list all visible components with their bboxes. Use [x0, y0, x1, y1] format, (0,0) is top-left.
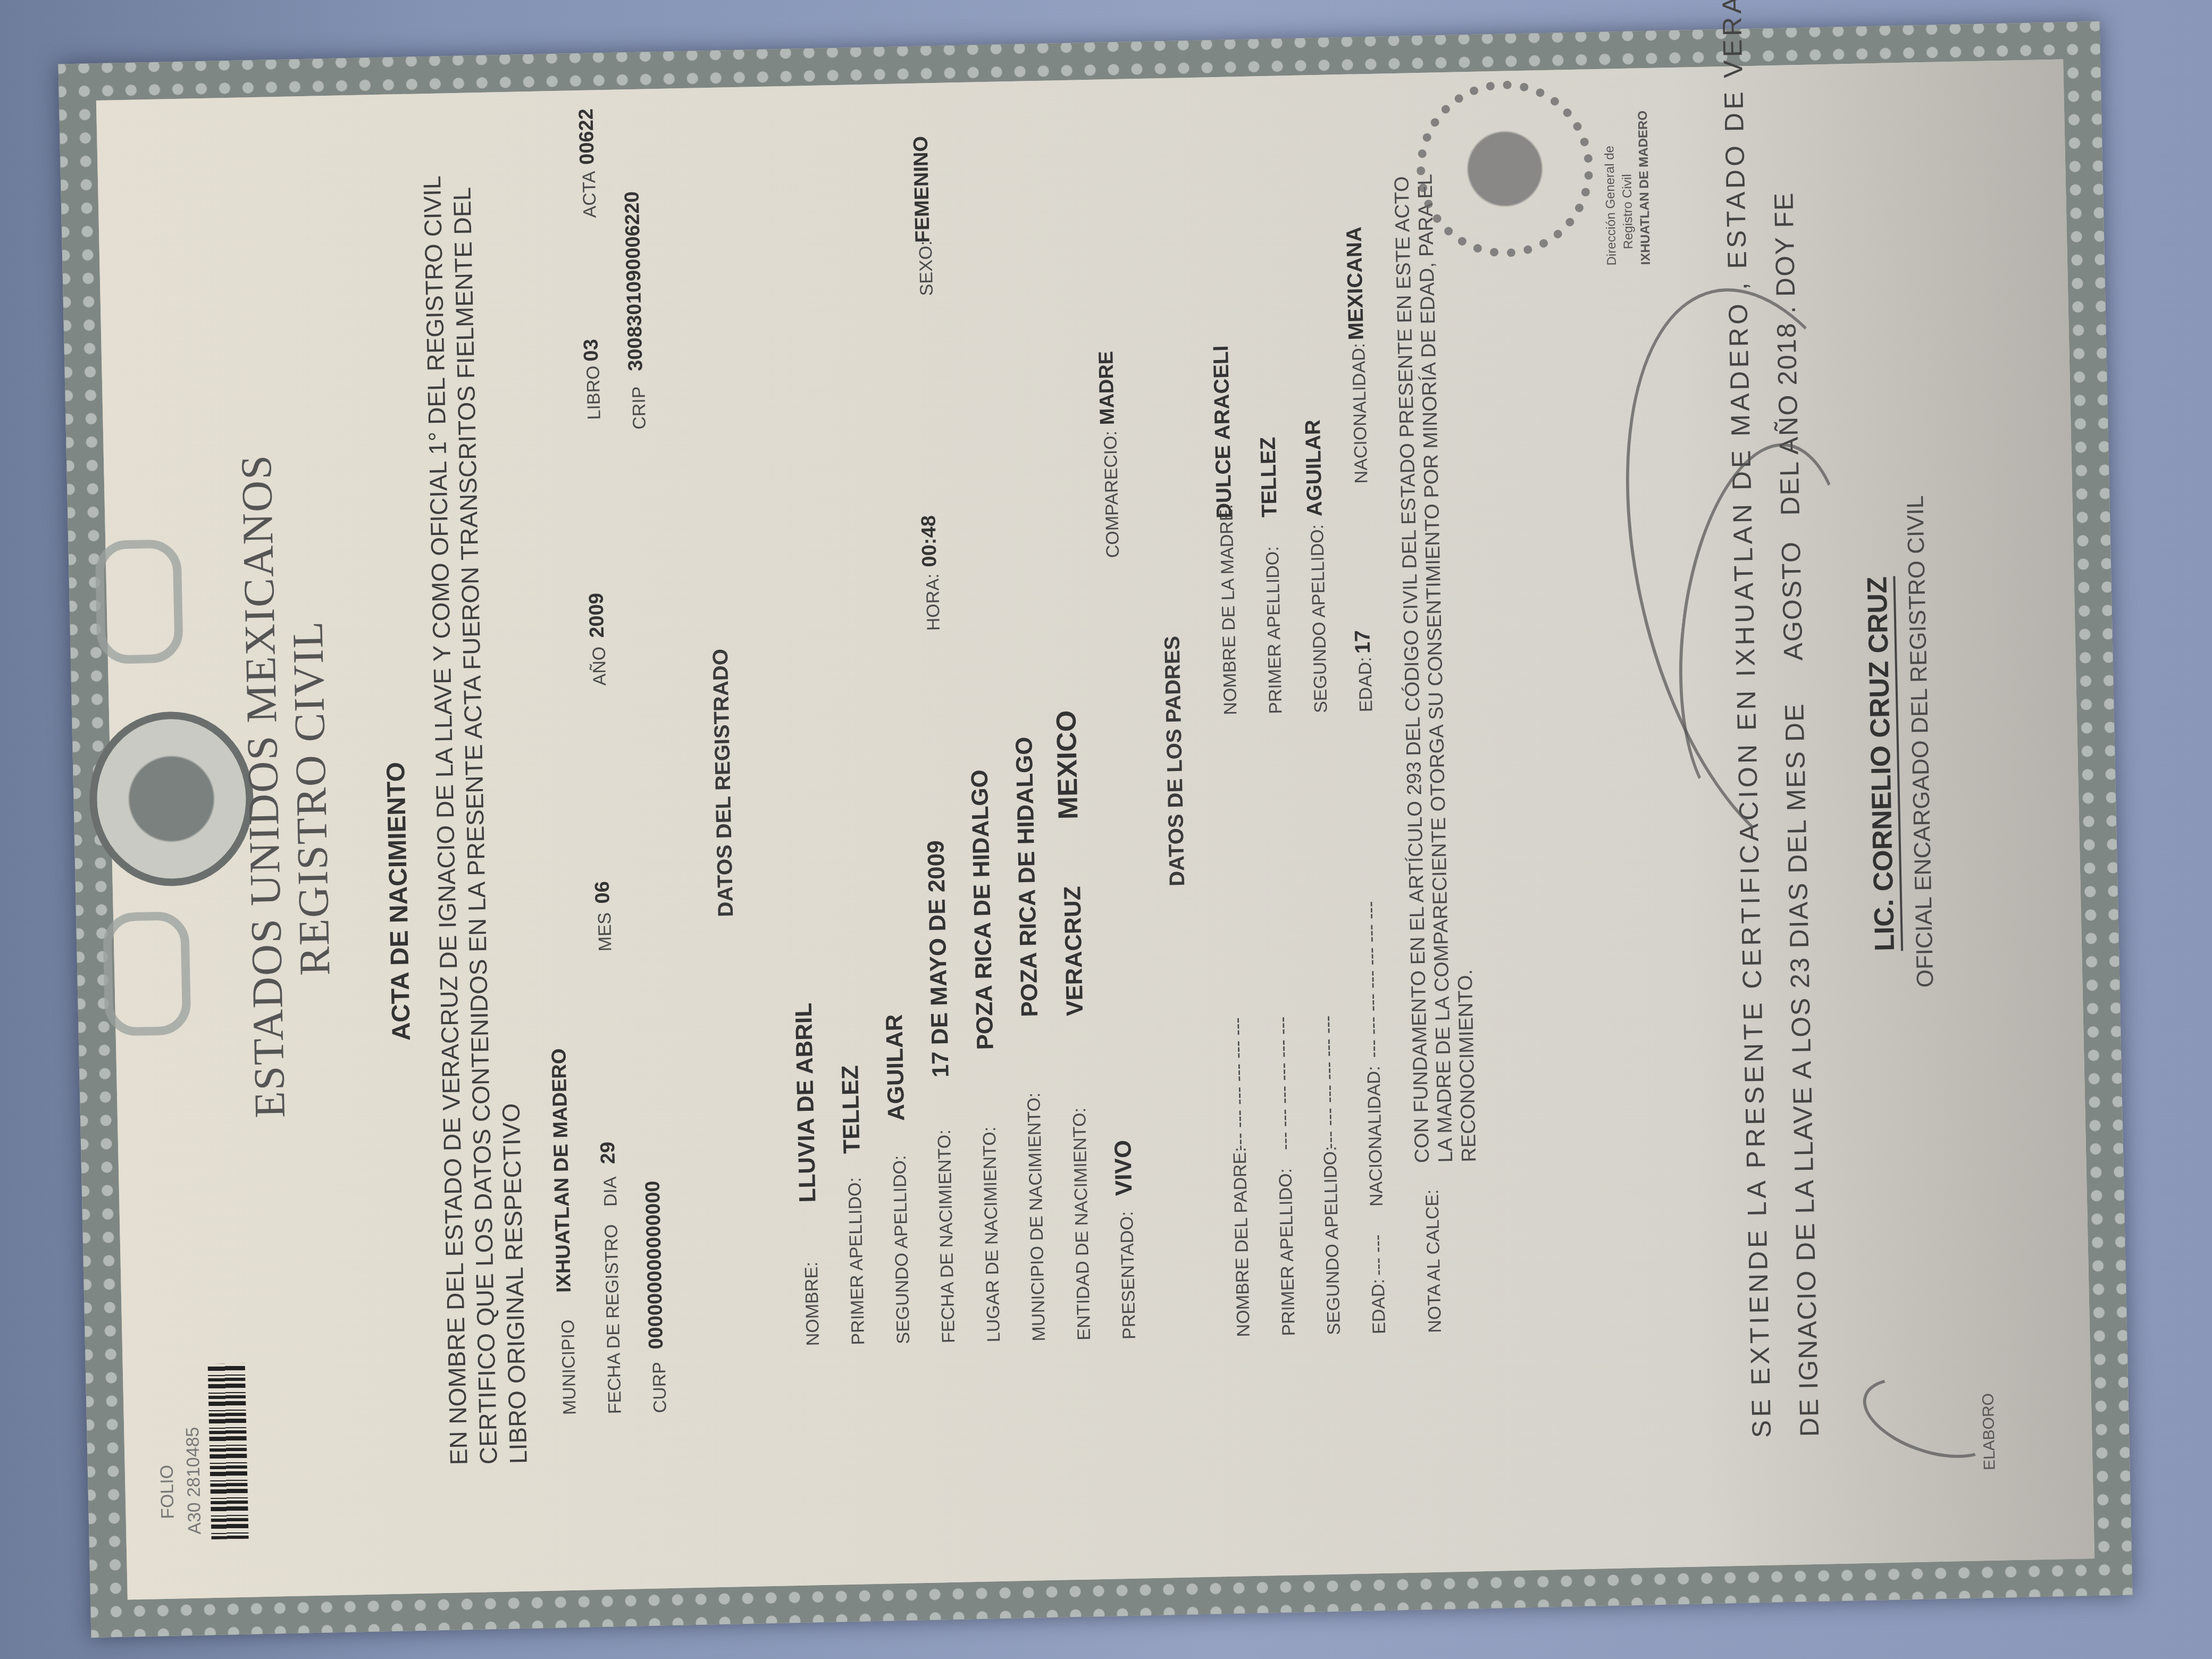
- cert-text-6: . DOY FE: [1769, 191, 1801, 314]
- fecha-registro-label: FECHA DE REGISTRO: [601, 1224, 625, 1414]
- sexo-label: SEXO:: [916, 240, 937, 296]
- curp-label: CURP: [649, 1362, 671, 1413]
- madre-primer-apellido-value: TELLEZ: [1256, 437, 1282, 517]
- libro-label: LIBRO: [583, 365, 605, 420]
- comparecio-label: COMPARECIO:: [1100, 431, 1124, 558]
- curp-value: 000000000000000: [642, 1180, 668, 1350]
- ornament-left-icon: [103, 911, 191, 1036]
- nombre-value: LLUVIA DE ABRIL: [791, 1002, 822, 1203]
- madre-primer-apellido-label: PRIMER APELLIDO:: [1262, 546, 1287, 714]
- madre-nacionalidad-value: MEXICANA: [1342, 227, 1368, 340]
- stamp-line-1: Dirección General de: [1602, 146, 1620, 266]
- hora-label: HORA:: [923, 573, 944, 631]
- nombre-label: NOMBRE:: [801, 1261, 824, 1346]
- presentado-value: VIVO: [1110, 1139, 1137, 1196]
- fecha-nacimiento-value: 17 DE MAYO DE 2009: [923, 840, 954, 1078]
- acta-label: ACTA: [579, 171, 601, 218]
- fecha-nacimiento-label: FECHA DE NACIMIENTO:: [934, 1129, 959, 1343]
- madre-edad-label: EDAD:: [1355, 657, 1377, 713]
- folio-number: A30 2810485: [182, 1427, 205, 1535]
- padre-primer-apellido-label: PRIMER APELLIDO:: [1275, 1168, 1300, 1336]
- municipio-label: MUNICIPIO: [558, 1319, 581, 1415]
- coat-of-arms-seal-icon: [88, 710, 255, 887]
- padre-nacionalidad-label: NACIONALIDAD:: [1363, 1066, 1387, 1206]
- cert-text-2: , ESTADO DE VERACRUZ: [1715, 0, 1753, 290]
- lugar-nacimiento-label: LUGAR DE NACIMIENTO:: [979, 1126, 1004, 1342]
- elaboro-label: ELABORO: [1980, 1393, 1999, 1471]
- padre-nacionalidad-value: --- --- --- --- --- --- ---: [1360, 901, 1384, 1058]
- madre-segundo-apellido-value: AGUILAR: [1301, 420, 1327, 517]
- ornament-right-icon: [95, 539, 183, 664]
- cert-dia: 23: [1784, 957, 1815, 989]
- libro-value: 03: [580, 339, 603, 362]
- birth-certificate: FOLIO A30 2810485 ESTADOS UNIDOS MEXICAN…: [58, 21, 2132, 1638]
- acta-value: 00622: [575, 108, 599, 165]
- padre-nombre-value: --- --- --- --- --- ---: [1227, 1017, 1250, 1151]
- municipio-nacimiento-value: POZA RICA DE HIDALGO: [1011, 736, 1043, 1017]
- segundo-apellido-label: SEGUNDO APELLIDO:: [890, 1155, 914, 1344]
- padres-section-title: DATOS DE LOS PADRES: [1160, 635, 1189, 886]
- lugar-nacimiento-value: POZA RICA DE HIDALGO: [967, 769, 999, 1050]
- hora-value: 00:48: [918, 515, 942, 567]
- madre-nombre-value: DULCE ARACELI: [1209, 345, 1237, 518]
- mes-label: MES: [594, 912, 616, 951]
- primer-apellido-value: TELLEZ: [837, 1065, 865, 1154]
- stamp-line-3: IXHUATLAN DE MADERO: [1636, 111, 1654, 265]
- stamp-line-2: Registro Civil: [1620, 174, 1636, 249]
- municipio-value: IXHUATLAN DE MADERO: [548, 1048, 576, 1293]
- primer-apellido-label: PRIMER APELLIDO:: [845, 1177, 869, 1345]
- registrado-section-title: DATOS DEL REGISTRADO: [709, 649, 739, 917]
- padre-edad-label: EDAD:: [1368, 1279, 1390, 1335]
- intro-paragraph: EN NOMBRE DEL ESTADO DE VERACRUZ DE IGNA…: [416, 161, 533, 1465]
- padre-edad-value: --- ---: [1367, 1234, 1389, 1276]
- madre-nombre-label: NOMBRE DE LA MADRE:: [1216, 504, 1241, 715]
- padre-primer-apellido-value: --- --- --- --- --- ---: [1272, 1016, 1295, 1150]
- barcode: [208, 1363, 249, 1539]
- paper: FOLIO A30 2810485 ESTADOS UNIDOS MEXICAN…: [96, 60, 2094, 1600]
- nota-label: NOTA AL CALCE:: [1422, 1189, 1446, 1333]
- segundo-apellido-value: AGUILAR: [881, 1014, 910, 1121]
- anio-label: AÑO: [589, 646, 611, 685]
- document-title: ACTA DE NACIMIENTO: [381, 762, 416, 1041]
- entidad-nacimiento-value: VERACRUZ: [1059, 886, 1088, 1016]
- comparecio-value: MADRE: [1095, 351, 1119, 425]
- dia-value: 29: [597, 1142, 620, 1164]
- entidad-nacimiento-label: ENTIDAD DE NACIMIENTO:: [1069, 1108, 1095, 1340]
- crip-label: CRIP: [629, 386, 650, 430]
- nota-text: CON FUNDAMENTO EN EL ARTÍCULO 293 DEL CÓ…: [1389, 152, 1481, 1163]
- municipio-nacimiento-label: MUNICIPIO DE NACIMIENTO:: [1024, 1092, 1050, 1342]
- pais-value: MEXICO: [1050, 710, 1084, 819]
- sexo-value: FEMENINO: [910, 136, 935, 243]
- official-title: OFICIAL ENCARGADO DEL REGISTRO CIVIL: [1902, 495, 1939, 988]
- madre-nacionalidad-label: NACIONALIDAD:: [1348, 343, 1372, 484]
- cert-text-3: DE IGNACIO DE LA LLAVE A LOS: [1786, 996, 1824, 1437]
- padre-segundo-apellido-value: --- --- --- --- --- ---: [1317, 1015, 1340, 1149]
- presentado-label: PRESENTADO:: [1117, 1211, 1140, 1339]
- crip-value: 3008301090006220: [621, 191, 648, 371]
- mes-value: 06: [591, 881, 615, 904]
- madre-segundo-apellido-label: SEGUNDO APELLIDO:: [1307, 524, 1331, 713]
- dia-label: DIA: [600, 1176, 621, 1206]
- anio-value: 2009: [585, 593, 609, 638]
- padre-nombre-label: NOMBRE DEL PADRE:: [1230, 1147, 1254, 1337]
- padre-segundo-apellido-label: SEGUNDO APELLIDO:: [1320, 1146, 1345, 1335]
- folio-label: FOLIO: [157, 1464, 179, 1519]
- madre-edad-value: 17: [1351, 630, 1375, 653]
